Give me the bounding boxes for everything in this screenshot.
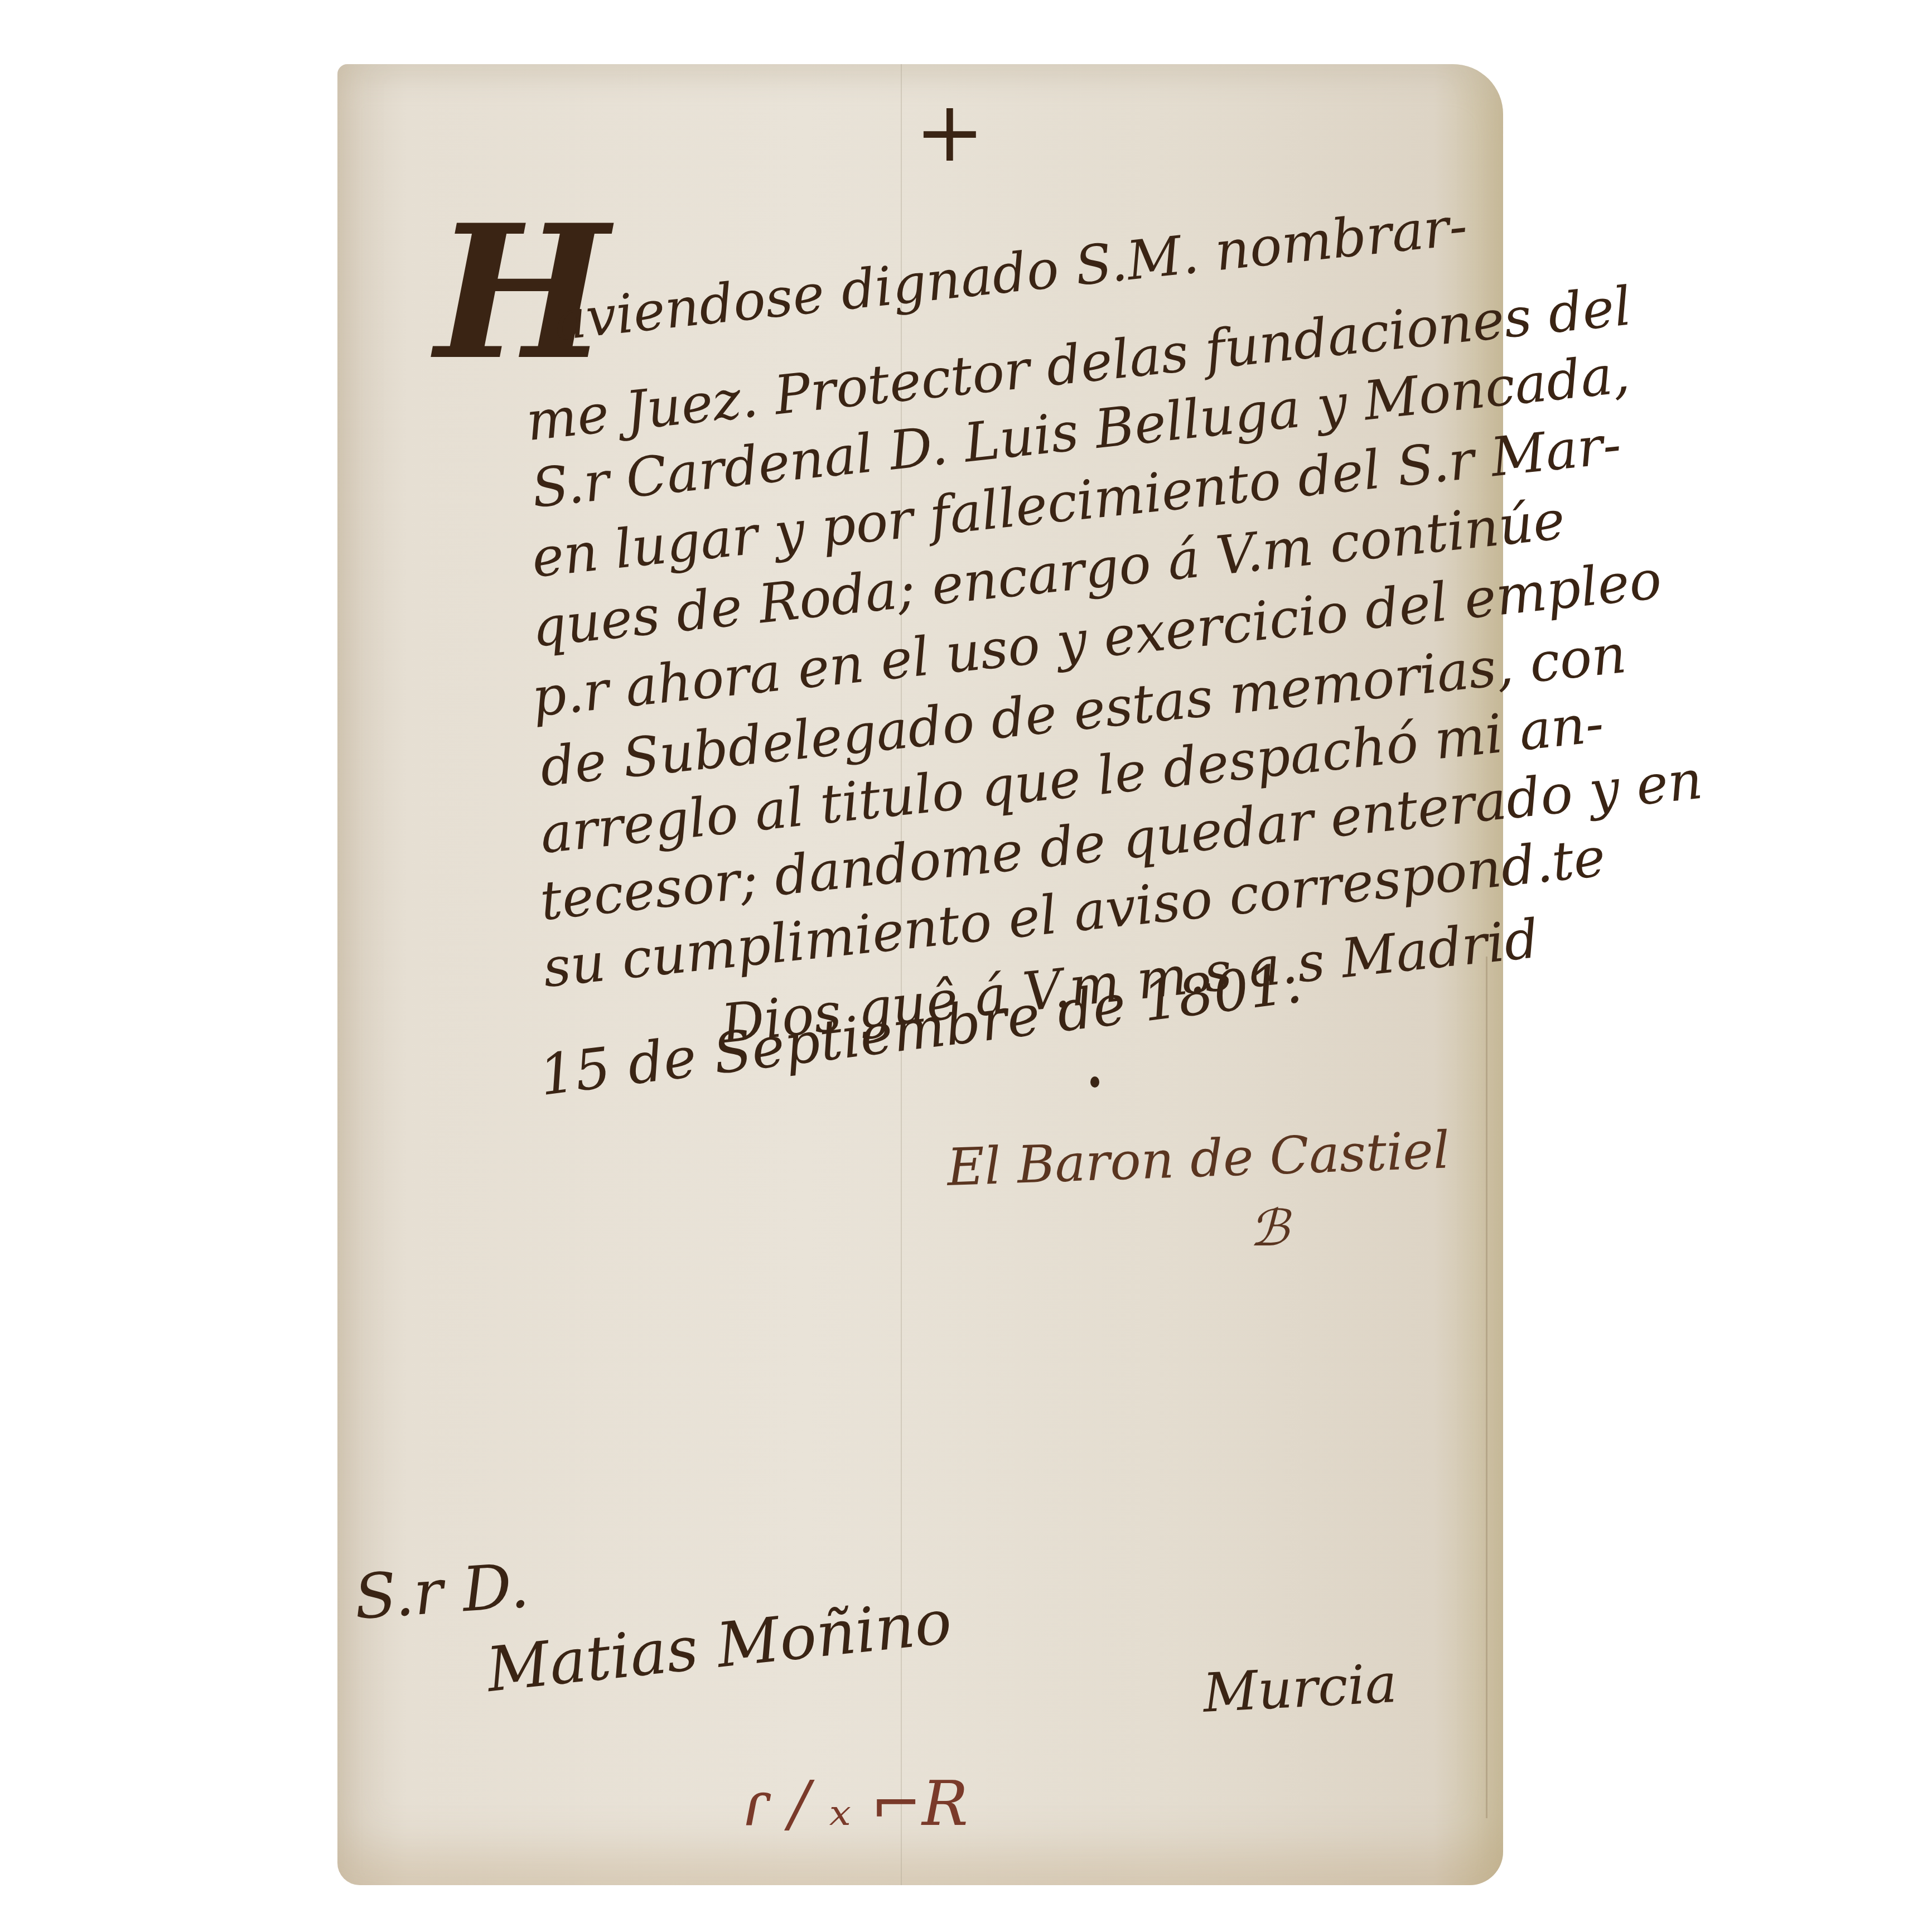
bottom-edge-scrawl: ɾ / ₓ ⌐R bbox=[742, 1768, 968, 1839]
ink-dot bbox=[1090, 1076, 1099, 1088]
signature-rubric: ℬ bbox=[1249, 1199, 1289, 1258]
address-place: Murcia bbox=[1201, 1652, 1398, 1725]
header-cross-mark: + bbox=[915, 84, 985, 181]
address-salutation: S.r D. bbox=[352, 1549, 531, 1633]
